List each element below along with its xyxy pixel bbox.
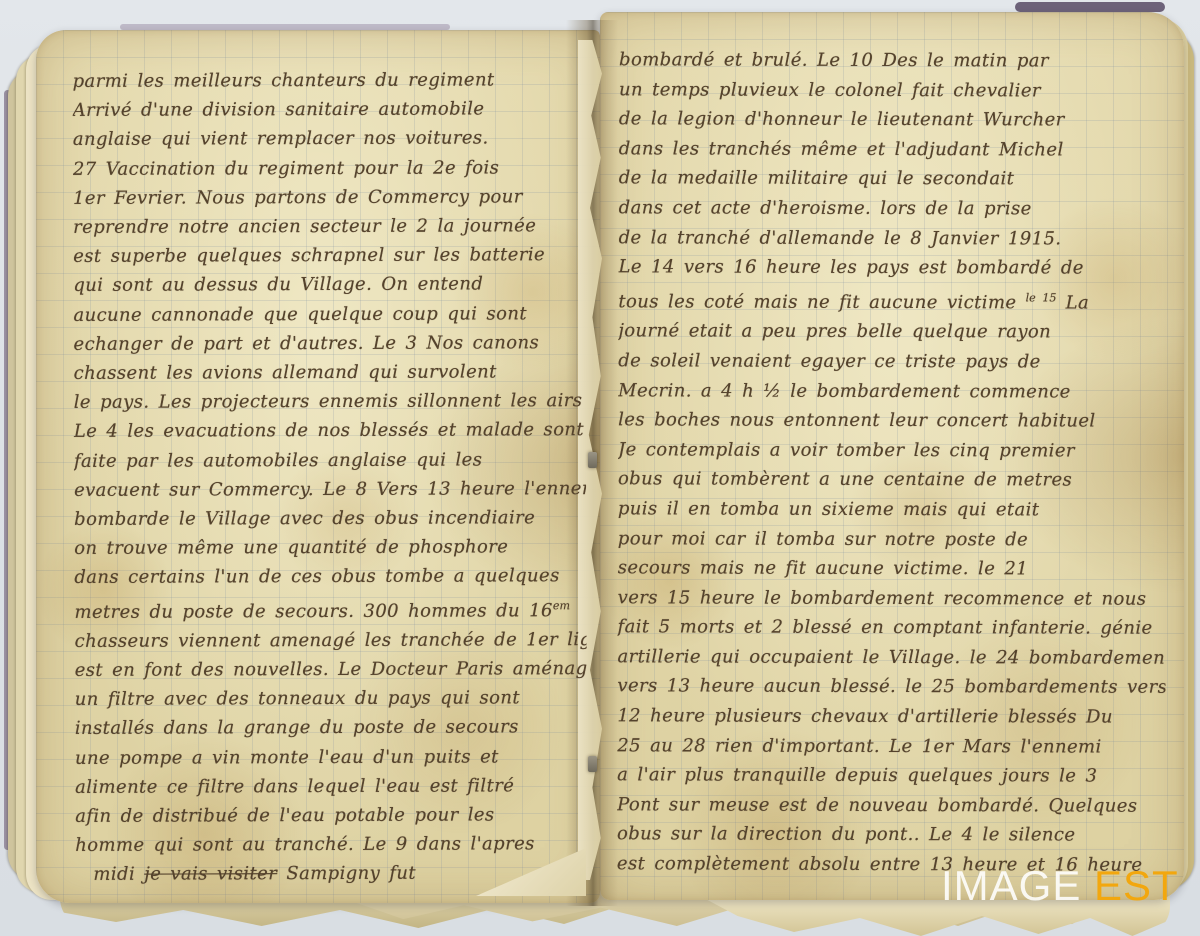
manuscript-line: tous les coté mais ne fit aucune victime… <box>618 282 1166 318</box>
manuscript-line: a l'air plus tranquille depuis quelques … <box>617 761 1165 792</box>
manuscript-line: les boches nous entonnent leur concert h… <box>618 405 1166 436</box>
manuscript-line: reprendre notre ancien secteur le 2 la j… <box>73 211 585 242</box>
manuscript-line: on trouve même une quantité de phosphore <box>74 532 586 563</box>
manuscript-line: chasseurs viennent amenagé les tranchée … <box>75 625 587 656</box>
manuscript-line: Je contemplais a voir tomber les cinq pr… <box>618 435 1166 466</box>
manuscript-line: aucune cannonade que quelque coup qui so… <box>73 299 585 330</box>
manuscript-line: Pont sur meuse est de nouveau bombardé. … <box>617 790 1165 821</box>
manuscript-line: obus qui tombèrent a une centaine de met… <box>618 465 1166 496</box>
manuscript-line: pour moi car il tomba sur notre poste de <box>618 524 1166 555</box>
manuscript-line: 25 au 28 rien d'important. Le 1er Mars l… <box>617 731 1165 762</box>
manuscript-line: artillerie qui occupaient le Village. le… <box>617 642 1165 673</box>
manuscript-line: Mecrin. a 4 h ½ le bombardement commence <box>618 376 1166 407</box>
watermark-image-part: IMAGE <box>941 862 1081 909</box>
manuscript-line: qui sont au dessus du Village. On entend <box>73 270 585 301</box>
manuscript-line: un temps pluvieux le colonel fait cheval… <box>619 75 1167 106</box>
manuscript-line: parmi les meilleurs chanteurs du regimen… <box>73 65 585 96</box>
notebook-scan: parmi les meilleurs chanteurs du regimen… <box>0 0 1200 936</box>
watermark: IMAGE EST <box>941 862 1179 910</box>
manuscript-line: alimente ce filtre dans lequel l'eau est… <box>75 771 587 802</box>
manuscript-line: 1er Fevrier. Nous partons de Commercy po… <box>73 182 585 213</box>
manuscript-line: fait 5 morts et 2 blessé en comptant inf… <box>618 613 1166 644</box>
manuscript-line: de la medaille militaire qui le secondai… <box>619 164 1167 195</box>
manuscript-line: afin de distribué de l'eau potable pour … <box>75 800 587 831</box>
manuscript-line: Arrivé d'une division sanitaire automobi… <box>73 94 585 125</box>
manuscript-line: dans cet acte d'heroisme. lors de la pri… <box>619 193 1167 224</box>
right-page-manuscript-text: bombardé et brulé. Le 10 Des le matin pa… <box>617 45 1167 880</box>
manuscript-line: installés dans la grange du poste de sec… <box>75 713 587 744</box>
manuscript-line: journé etait a peu pres belle quelque ra… <box>618 317 1166 348</box>
watermark-est-part: EST <box>1081 862 1178 909</box>
manuscript-line: Le 14 vers 16 heure les pays est bombard… <box>618 252 1166 283</box>
manuscript-line: puis il en tomba un sixieme mais qui eta… <box>618 494 1166 525</box>
manuscript-line: echanger de part et d'autres. Le 3 Nos c… <box>73 328 585 359</box>
manuscript-line: evacuent sur Commercy. Le 8 Vers 13 heur… <box>74 474 586 505</box>
manuscript-line: metres du poste de secours. 300 hommes d… <box>74 591 586 627</box>
manuscript-line: bombardé et brulé. Le 10 Des le matin pa… <box>619 45 1167 76</box>
staple <box>588 452 597 468</box>
manuscript-line: est superbe quelques schrapnel sur les b… <box>73 240 585 271</box>
manuscript-line: un filtre avec des tonneaux du pays qui … <box>75 683 587 714</box>
manuscript-line: vers 15 heure le bombardement recommence… <box>618 583 1166 614</box>
manuscript-line: de soleil venaient egayer ce triste pays… <box>618 346 1166 377</box>
manuscript-line: le pays. Les projecteurs ennemis sillonn… <box>74 386 586 417</box>
cover-edge-top <box>1015 2 1165 12</box>
manuscript-line: faite par les automobiles anglaise qui l… <box>74 445 586 476</box>
manuscript-line: chassent les avions allemand qui survole… <box>74 357 586 388</box>
manuscript-line: homme qui sont au tranché. Le 9 dans l'a… <box>75 829 587 860</box>
manuscript-line: anglaise qui vient remplacer nos voiture… <box>73 124 585 155</box>
manuscript-line: de la tranché d'allemande le 8 Janvier 1… <box>619 223 1167 254</box>
left-page-manuscript-text: parmi les meilleurs chanteurs du regimen… <box>73 65 588 889</box>
manuscript-line: 12 heure plusieurs chevaux d'artillerie … <box>617 701 1165 732</box>
manuscript-line: obus sur la direction du pont.. Le 4 le … <box>617 820 1165 851</box>
manuscript-line: dans certains l'un de ces obus tombe a q… <box>74 562 586 593</box>
manuscript-line: bombarde le Village avec des obus incend… <box>74 503 586 534</box>
manuscript-line: midi je vais visiter Sampigny fut <box>75 859 587 890</box>
staple <box>588 756 597 772</box>
manuscript-line: Le 4 les evacuations de nos blessés et m… <box>74 416 586 447</box>
manuscript-line: dans les tranchés même et l'adjudant Mic… <box>619 134 1167 165</box>
manuscript-line: vers 13 heure aucun blessé. le 25 bombar… <box>617 672 1165 703</box>
manuscript-line: 27 Vaccination du regiment pour la 2e fo… <box>73 153 585 184</box>
manuscript-line: est en font des nouvelles. Le Docteur Pa… <box>75 654 587 685</box>
manuscript-line: une pompe a vin monte l'eau d'un puits e… <box>75 742 587 773</box>
manuscript-line: de la legion d'honneur le lieutenant Wur… <box>619 104 1167 135</box>
manuscript-line: secours mais ne fit aucune victime. le 2… <box>618 553 1166 584</box>
